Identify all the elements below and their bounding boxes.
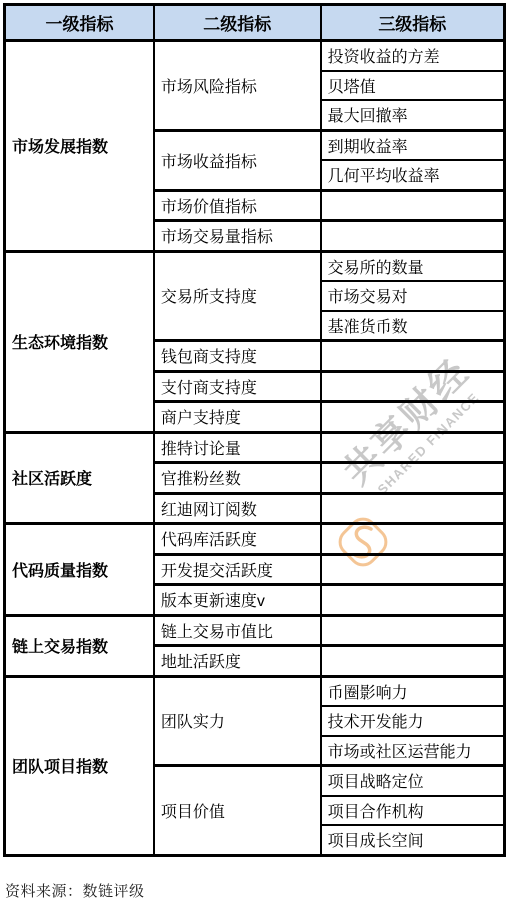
header-row: 一级指标二级指标三级指标 [5,5,505,41]
level2-cell: 开发提交活跃度 [154,554,321,585]
table-row: 团队项目指数团队实力币圈影响力 [5,676,505,706]
level3-cell: 贝塔值 [321,71,505,101]
level1-cell: 市场发展指数 [5,41,154,252]
table-row: 链上交易指数链上交易市值比 [5,615,505,646]
table-row: 生态环境指数交易所支持度交易所的数量 [5,251,505,281]
level3-cell [321,432,505,463]
level3-cell: 技术开发能力 [321,706,505,736]
level3-cell: 基准货币数 [321,311,505,341]
level1-cell: 链上交易指数 [5,615,154,676]
level2-cell: 项目价值 [154,766,321,856]
level3-cell [321,646,505,677]
level3-cell: 项目战略定位 [321,766,505,796]
level3-cell: 几何平均收益率 [321,160,505,190]
level1-cell: 社区活跃度 [5,432,154,524]
table-row: 社区活跃度推特讨论量 [5,432,505,463]
level2-cell: 代码库活跃度 [154,524,321,555]
source-note: 资料来源：数链评级 [5,880,145,901]
level3-cell: 投资收益的方差 [321,41,505,71]
level3-cell [321,402,505,433]
level3-cell [321,221,505,252]
level2-cell: 市场价值指标 [154,190,321,221]
level2-cell: 链上交易市值比 [154,615,321,646]
level3-cell: 市场或社区运营能力 [321,736,505,766]
level1-cell: 生态环境指数 [5,251,154,432]
level3-cell [321,554,505,585]
level3-cell: 到期收益率 [321,130,505,160]
indicator-table: 一级指标二级指标三级指标 市场发展指数市场风险指标投资收益的方差贝塔值最大回撤率… [3,3,506,857]
level2-cell: 地址活跃度 [154,646,321,677]
level3-cell [321,190,505,221]
level3-cell: 最大回撤率 [321,100,505,130]
table-header-row: 一级指标二级指标三级指标 [5,5,505,41]
table-row: 市场发展指数市场风险指标投资收益的方差 [5,41,505,71]
header-level3: 三级指标 [321,5,505,41]
level2-cell: 市场交易量指标 [154,221,321,252]
table-row: 代码质量指数代码库活跃度 [5,524,505,555]
level3-cell: 项目合作机构 [321,796,505,826]
level2-cell: 市场收益指标 [154,130,321,190]
level3-cell [321,493,505,524]
level3-cell: 市场交易对 [321,281,505,311]
level3-cell: 交易所的数量 [321,251,505,281]
level2-cell: 官推粉丝数 [154,463,321,494]
level3-cell [321,341,505,372]
level2-cell: 商户支持度 [154,402,321,433]
header-level2: 二级指标 [154,5,321,41]
level2-cell: 红迪网订阅数 [154,493,321,524]
page: 共享财经 SHARED FINANCE 一级指标二级指标三级指标 市场发展指数市… [0,0,506,903]
level2-cell: 版本更新速度v [154,585,321,616]
level3-cell [321,615,505,646]
level2-cell: 支付商支持度 [154,371,321,402]
table-body: 市场发展指数市场风险指标投资收益的方差贝塔值最大回撤率市场收益指标到期收益率几何… [5,41,505,856]
level3-cell [321,463,505,494]
level2-cell: 推特讨论量 [154,432,321,463]
level1-cell: 团队项目指数 [5,676,154,855]
level3-cell: 项目成长空间 [321,825,505,855]
header-level1: 一级指标 [5,5,154,41]
level2-cell: 交易所支持度 [154,251,321,341]
level3-cell: 币圈影响力 [321,676,505,706]
level3-cell [321,371,505,402]
level2-cell: 团队实力 [154,676,321,766]
level3-cell [321,585,505,616]
level2-cell: 市场风险指标 [154,41,321,131]
level1-cell: 代码质量指数 [5,524,154,616]
level2-cell: 钱包商支持度 [154,341,321,372]
level3-cell [321,524,505,555]
